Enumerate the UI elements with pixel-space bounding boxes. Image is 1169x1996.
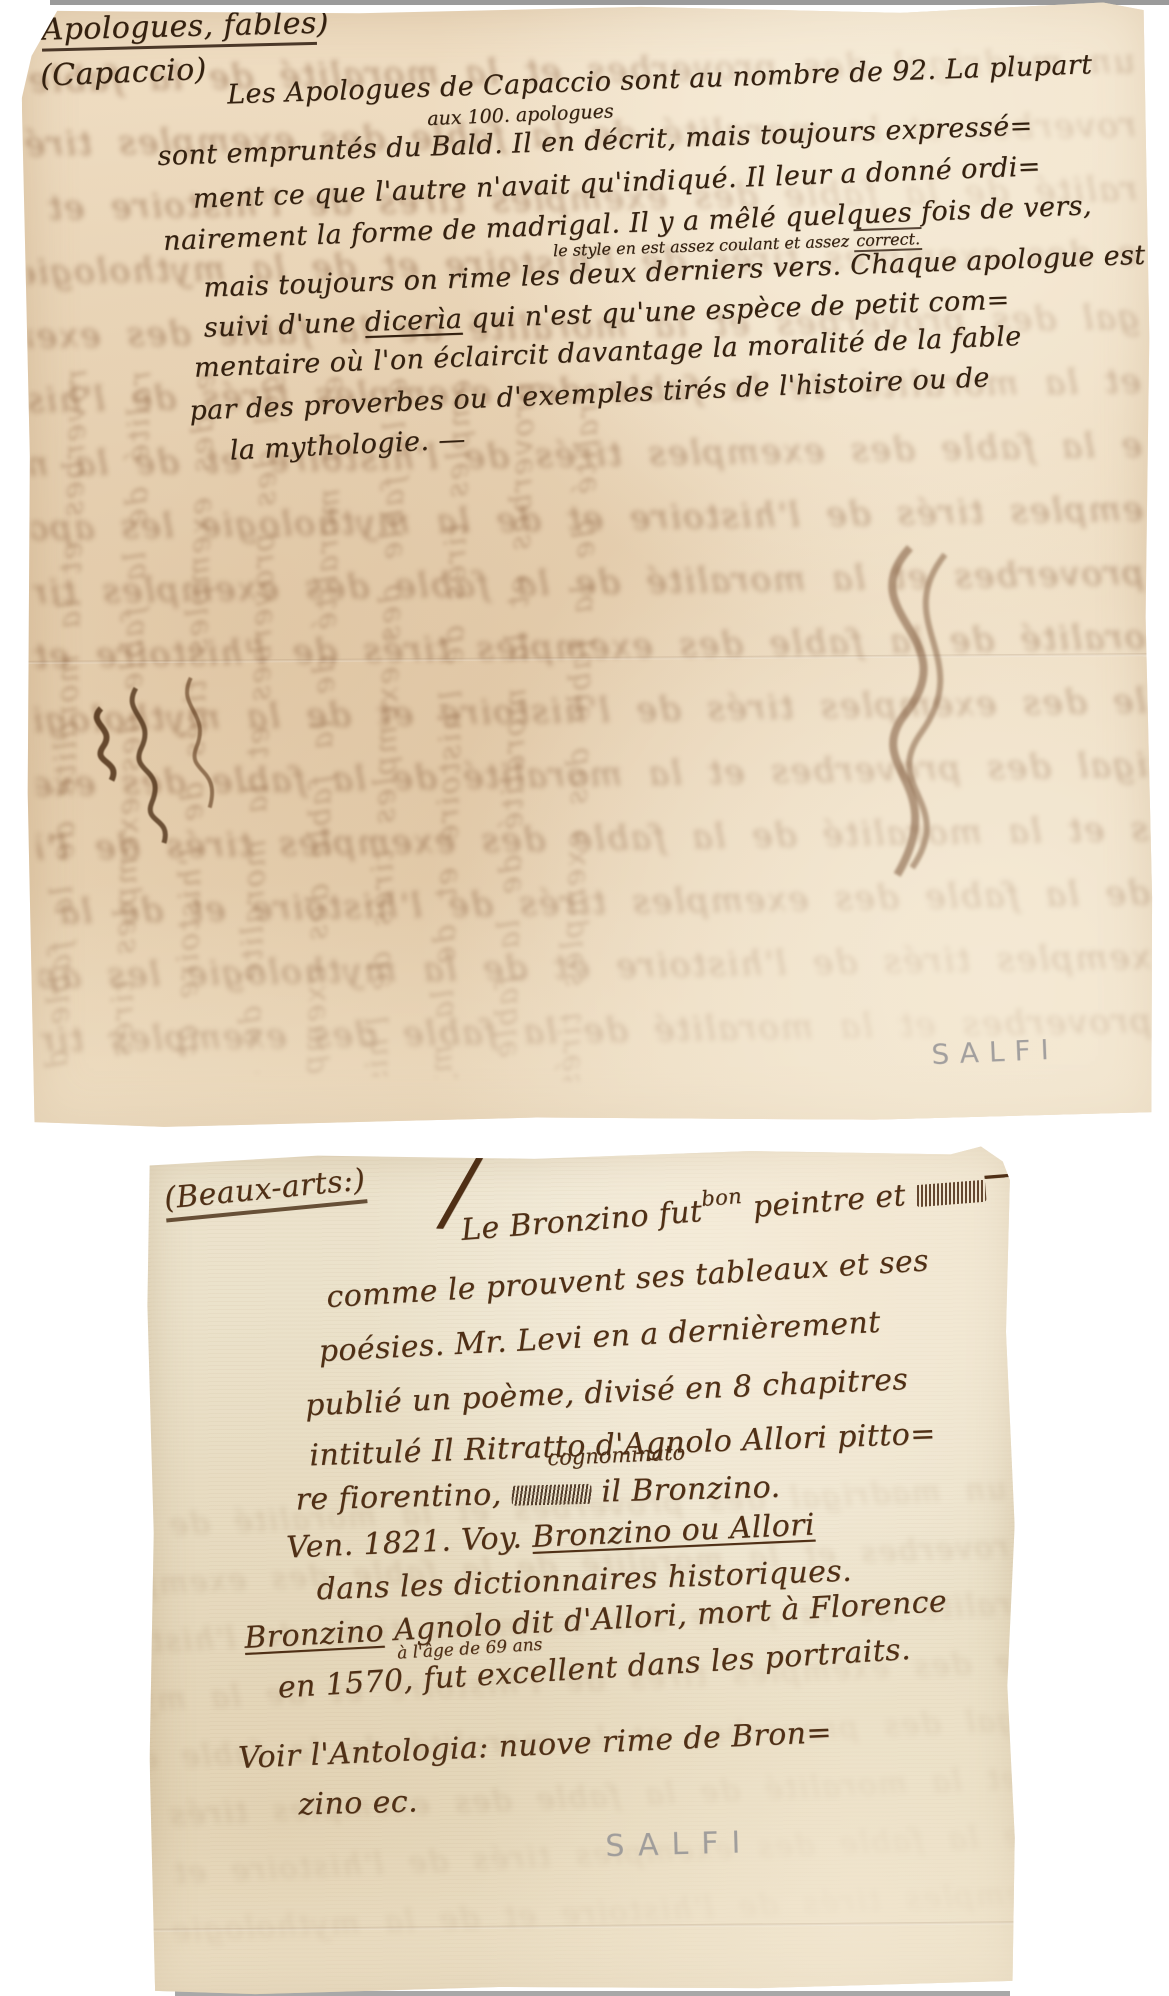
- manuscript-line: zino ec.: [298, 1784, 419, 1822]
- manuscript-line: poésies. Mr. Levi en a dernièrement: [318, 1305, 882, 1369]
- manuscript-line: re fiorentino, il Bronzino.: [295, 1470, 781, 1518]
- scribbled-word: [511, 1484, 591, 1506]
- line-text: re fiorentino,: [295, 1477, 512, 1518]
- line-text: suivi d'une: [203, 307, 365, 344]
- heading-underlined-text: (Beaux-arts:): [163, 1162, 368, 1222]
- line-text: peintre et: [742, 1177, 917, 1225]
- scan-edge-top: [50, 0, 1169, 5]
- heading-open-paren: (: [29, 13, 42, 48]
- bleedthrough-flourish: [825, 542, 997, 883]
- line-text: Ven. 1821. Voy.: [286, 1520, 533, 1566]
- scanned-manuscripts-page: un madrigal des proverbes et la moralité…: [0, 0, 1169, 1996]
- fold-crease: [26, 653, 1153, 664]
- manuscript-beaux-arts-bronzino: un madrigal des proverbes et la moralité…: [144, 1146, 1018, 1996]
- fold-crease: [151, 1921, 1018, 1932]
- manuscript-line: publié un poème, divisé en 8 chapitres: [304, 1362, 908, 1423]
- manuscript-line: Le Bronzino futbon peintre et — bon poèt…: [460, 1161, 1019, 1248]
- subject-label: (Capaccio): [39, 52, 207, 94]
- section-heading: (Beaux-arts:)/: [163, 1162, 367, 1216]
- interline-note-cognominato: cognominato: [547, 1440, 686, 1470]
- underlined-name-bronzino: Bronzino: [243, 1614, 384, 1656]
- salfi-collection-stamp: SALFI: [931, 1033, 1060, 1071]
- heading-close-paren: ): [316, 6, 329, 41]
- manuscript-line: la mythologie. —: [229, 424, 466, 466]
- line-text: Le Bronzino fut: [460, 1194, 704, 1248]
- underlined-word-diceria: dicerìa: [364, 304, 462, 338]
- section-heading: (Apologues, fables): [29, 6, 329, 48]
- heading-underlined-text: Apologues, fables: [41, 6, 317, 52]
- interline-word-bon: bon: [700, 1184, 743, 1211]
- scribbled-word: [915, 1180, 987, 1207]
- underlined-reference: Bronzino ou Allori: [531, 1508, 815, 1555]
- line-text: il Bronzino.: [591, 1470, 781, 1510]
- manuscript-line: Les Apologues de Capaccio sont au nombre…: [227, 49, 1093, 110]
- manuscript-line: Voir l'Antologia: nuove rime de Bron=: [237, 1715, 832, 1776]
- struck-text: — bon poète: [984, 1154, 1019, 1189]
- ink-scrawl: [81, 667, 262, 868]
- ink-bleedthrough-texture: un madrigal des proverbes et la moralité…: [21, 366, 775, 1086]
- manuscript-apologues-capaccio: un madrigal des proverbes et la moralité…: [21, 1, 1156, 1129]
- manuscript-line: comme le prouvent ses tableaux et ses: [325, 1243, 929, 1315]
- salfi-collection-stamp: SALFI: [605, 1825, 754, 1864]
